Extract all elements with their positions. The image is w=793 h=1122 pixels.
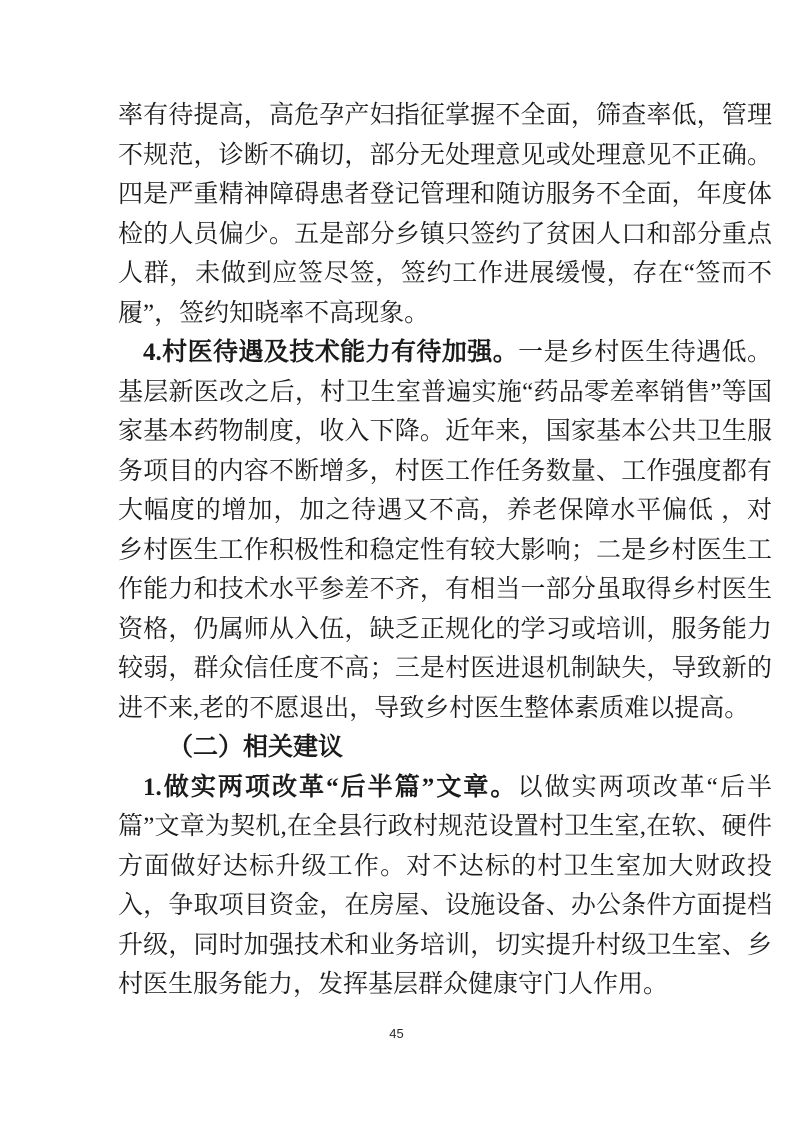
paragraph-lead-bold: 1.做实两项改革“后半篇”文章。 — [143, 774, 517, 801]
paragraph-text: 率有待提高，高危孕产妇指征掌握不全面，筛查率低，管理不规范，诊断不确切，部分无处… — [118, 102, 772, 327]
paragraph-item-1: 1.做实两项改革“后半篇”文章。以做实两项改革“后半篇”文章为契机,在全县行政村… — [118, 768, 772, 1005]
section-heading-text: （二）相关建议 — [168, 734, 343, 761]
paragraph-item-4: 4.村医待遇及技术能力有待加强。一是乡村医生待遇低。基层新医改之后，村卫生室普遍… — [118, 333, 772, 728]
paragraph-lead-bold: 4.村医待遇及技术能力有待加强。 — [143, 339, 518, 366]
section-heading: （二）相关建议 — [118, 728, 772, 768]
paragraph-text: 一是乡村医生待遇低。基层新医改之后，村卫生室普遍实施“药品零差率销售”等国家基本… — [118, 339, 772, 722]
paragraph-text: 以做实两项改革“后半篇”文章为契机,在全县行政村规范设置村卫生室,在软、硬件方面… — [118, 774, 772, 999]
paragraph-continuation: 率有待提高，高危孕产妇指征掌握不全面，筛查率低，管理不规范，诊断不确切，部分无处… — [118, 96, 772, 333]
document-body: 率有待提高，高危孕产妇指征掌握不全面，筛查率低，管理不规范，诊断不确切，部分无处… — [118, 96, 772, 1005]
page-number: 45 — [0, 1026, 793, 1041]
document-page: 率有待提高，高危孕产妇指征掌握不全面，筛查率低，管理不规范，诊断不确切，部分无处… — [0, 0, 793, 1122]
